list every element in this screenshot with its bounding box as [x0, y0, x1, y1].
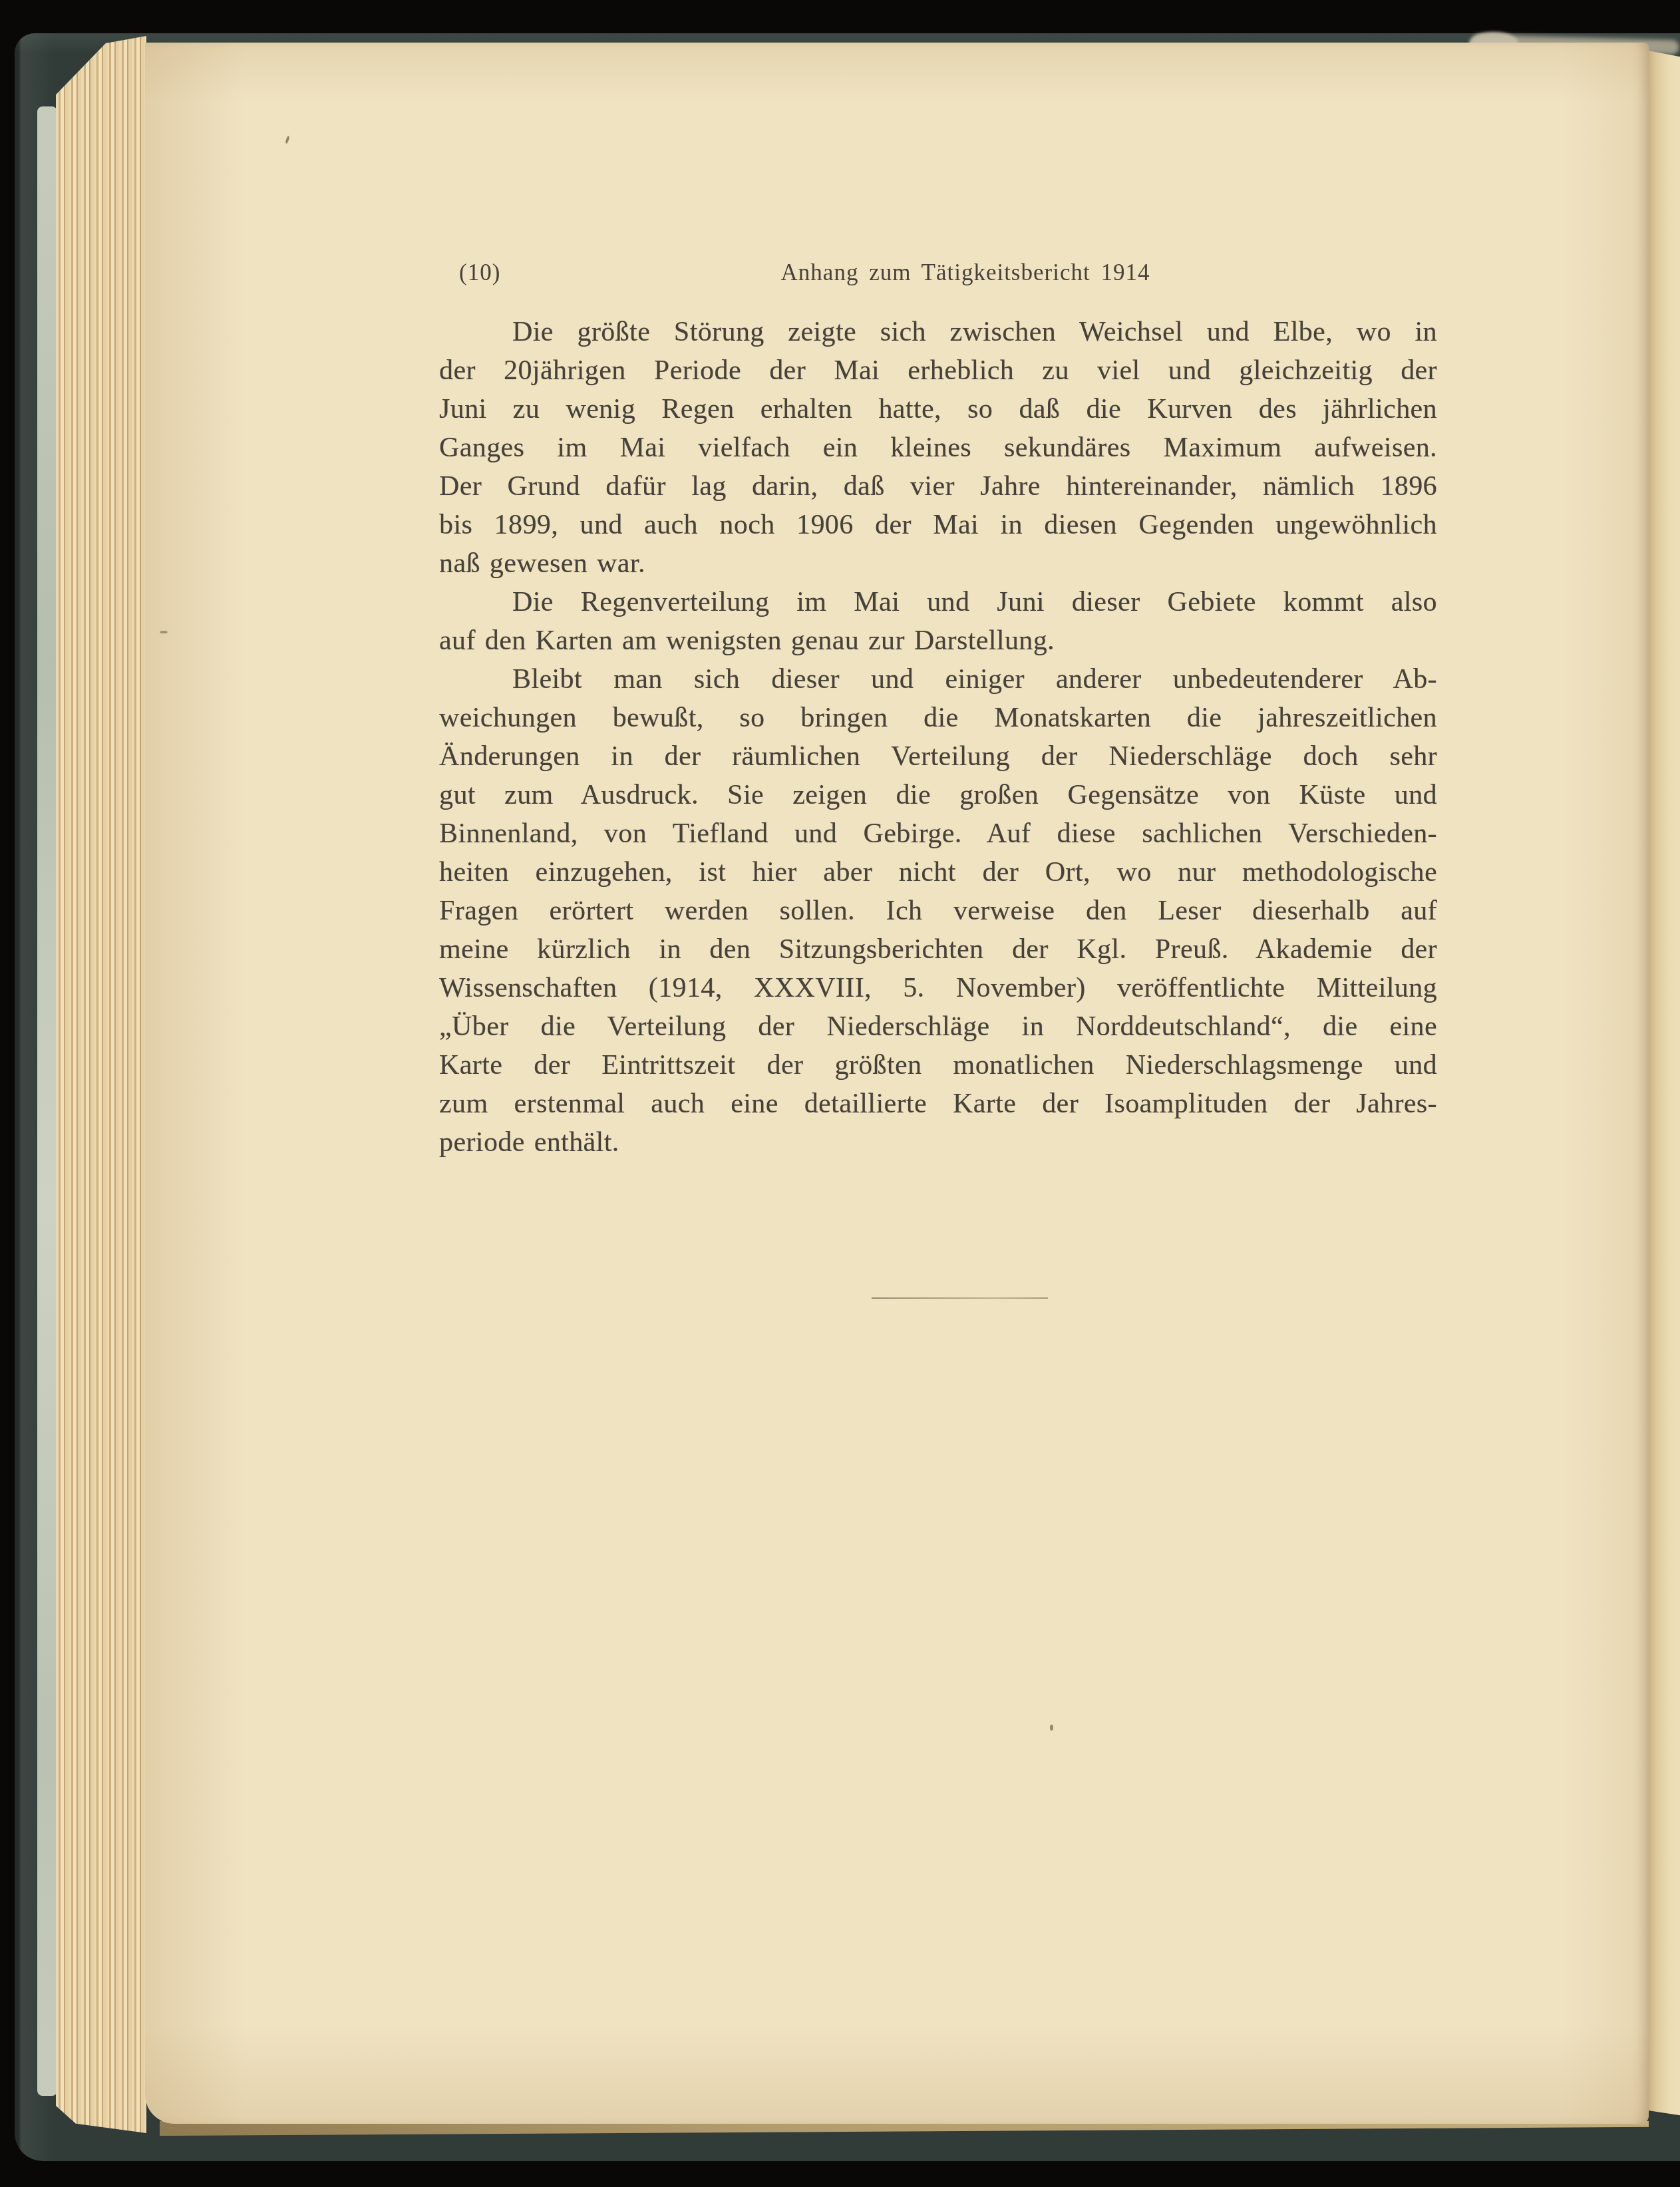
text-line: Bleibt man sich dieser und einiger ander…	[439, 660, 1437, 699]
page-edge-stack	[56, 36, 146, 2133]
next-page-edge	[1646, 51, 1680, 2118]
body-text: Die größte Störung zeigte sich zwischen …	[439, 313, 1437, 1162]
running-header: Anhang zum Tätigkeitsbericht 1914	[781, 259, 1150, 286]
text-line: Fragen erörtert werden sollen. Ich verwe…	[439, 892, 1437, 930]
text-line: Binnenland, von Tiefland und Gebirge. Au…	[439, 814, 1437, 853]
text-line: gut zum Ausdruck. Sie zeigen die großen …	[439, 776, 1437, 814]
separator-rule	[872, 1297, 1048, 1299]
paragraph: Die größte Störung zeigte sich zwischen …	[439, 313, 1437, 583]
text-line: „Über die Verteilung der Niederschläge i…	[439, 1007, 1437, 1046]
text-line: Juni zu wenig Regen erhalten hatte, so d…	[439, 390, 1437, 428]
text-line: Karte der Eintrittszeit der größten mona…	[439, 1046, 1437, 1085]
text-line: Ganges im Mai vielfach ein kleines sekun…	[439, 428, 1437, 467]
text-line: periode enthält.	[439, 1123, 1437, 1162]
text-line: Die größte Störung zeigte sich zwischen …	[439, 313, 1437, 351]
text-line: bis 1899, und auch noch 1906 der Mai in …	[439, 506, 1437, 544]
text-line: meine kürzlich in den Sitzungsberichten …	[439, 930, 1437, 969]
endpaper-strip	[37, 106, 57, 2096]
text-line: Der Grund dafür lag darin, daß vier Jahr…	[439, 467, 1437, 506]
text-line: Wissenschaften (1914, XXXVIII, 5. Novemb…	[439, 969, 1437, 1007]
paragraph: Bleibt man sich dieser und einiger ander…	[439, 660, 1437, 1162]
text-line: Änderungen in der räumlichen Verteilung …	[439, 737, 1437, 776]
text-line: heiten einzugehen, ist hier aber nicht d…	[439, 853, 1437, 892]
text-line: naß gewesen war.	[439, 544, 1437, 583]
text-line: zum erstenmal auch eine detaillierte Kar…	[439, 1085, 1437, 1123]
book-scan: (10) Anhang zum Tätigkeitsbericht 1914 D…	[0, 0, 1680, 2187]
page-number: (10)	[459, 259, 500, 286]
ink-speck	[1050, 1725, 1053, 1731]
paragraph: Die Regenverteilung im Mai und Juni dies…	[439, 583, 1437, 660]
text-line: der 20jährigen Periode der Mai erheblich…	[439, 351, 1437, 390]
ink-speck	[160, 631, 168, 633]
book-page: (10) Anhang zum Tätigkeitsbericht 1914 D…	[145, 43, 1649, 2124]
ink-speck	[285, 136, 290, 144]
page-header: (10) Anhang zum Tätigkeitsbericht 1914	[439, 259, 1437, 293]
text-line: Die Regenverteilung im Mai und Juni dies…	[439, 583, 1437, 621]
text-line: weichungen bewußt, so bringen die Monats…	[439, 699, 1437, 737]
text-line: auf den Karten am wenigsten genau zur Da…	[439, 621, 1437, 660]
